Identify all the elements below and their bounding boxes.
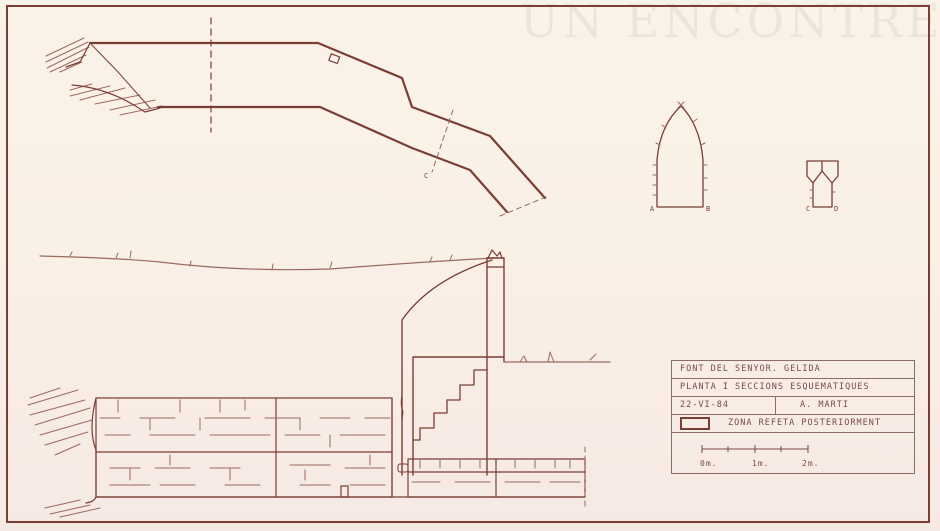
rock-hatch-icon [46, 38, 162, 115]
drawing-sheet: UN ENCONTRE SOBRE [0, 0, 940, 531]
drawing-title: FONT DEL SENYOR. GELIDA [680, 361, 821, 378]
drawing-author: A. MARTI [800, 397, 849, 414]
drawing-subtitle: PLANTA I SECCIONS ESQUEMATIQUES [680, 379, 870, 396]
section-label-b: B [706, 205, 710, 213]
subtitle-row: PLANTA I SECCIONS ESQUEMATIQUES [672, 379, 914, 397]
title-row: FONT DEL SENYOR. GELIDA [672, 361, 914, 379]
cut-line-label: C [424, 172, 428, 180]
section-label-a: A [650, 205, 655, 213]
scale-bar: 0m. 1m. 2m. [672, 433, 914, 473]
section-label-d: D [834, 205, 838, 213]
date-author-row: 22-VI-84 A. MARTI [672, 397, 914, 415]
date-cell: 22-VI-84 [672, 397, 776, 414]
section-c-d [807, 161, 838, 207]
masonry-joints [100, 400, 390, 485]
author-cell: A. MARTI [776, 397, 849, 414]
legend-swatch-icon [680, 417, 710, 430]
scale-label-2: 2m. [802, 455, 819, 472]
title-block: FONT DEL SENYOR. GELIDA PLANTA I SECCION… [671, 360, 915, 474]
elevation-view [28, 250, 610, 517]
drawing-date: 22-VI-84 [680, 397, 729, 414]
scale-label-1: 1m. [752, 455, 769, 472]
section-a-b [653, 102, 707, 207]
section-label-c: C [806, 205, 810, 213]
legend-row: ZONA REFETA POSTERIORMENT [672, 415, 914, 433]
plan-view [46, 18, 548, 216]
legend-label: ZONA REFETA POSTERIORMENT [728, 415, 881, 432]
scale-label-0: 0m. [700, 455, 717, 472]
